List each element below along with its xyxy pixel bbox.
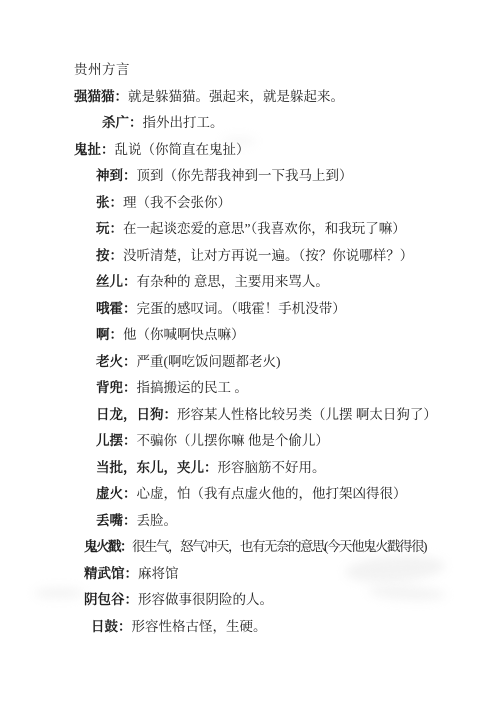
- dialect-entry: 哦霍：完蛋的感叹词。（哦霍！手机没带）: [96, 296, 472, 323]
- dialect-entry: 丢嘴：丢脸。: [96, 508, 472, 535]
- page-title: 贵州方言: [74, 57, 472, 84]
- dialect-term: 虚火：: [96, 486, 137, 501]
- dialect-entry: 鬼火戳：很生气，怒气冲天，也有无奈的意思(今天他鬼火戳得很): [84, 534, 472, 561]
- dialect-entry: 啊：他（你喊啊快点嘛）: [96, 322, 472, 349]
- dialect-definition: 形容做事很阴险的人。: [138, 592, 273, 607]
- dialect-definition: 丢脸。: [137, 513, 178, 528]
- dialect-entry: 虚火：心虚，怕（我有点虚火他的，他打架凶得很）: [96, 481, 472, 508]
- dialect-entry: 张：理（我不会张你）: [96, 190, 472, 217]
- dialect-definition: 麻将馆: [138, 566, 179, 581]
- dialect-definition: 乱说（你简直在鬼扯）: [115, 142, 250, 157]
- dialect-entry: 丝儿：有杂种的 意思，主要用来骂人。: [96, 269, 472, 296]
- dialect-entry: 神到：顶到（你先帮我神到一下我马上到）: [96, 163, 472, 190]
- dialect-entry: 精武馆：麻将馆: [84, 561, 472, 588]
- dialect-term: 鬼火戳：: [84, 539, 132, 554]
- dialect-definition: 完蛋的感叹词。（哦霍！手机没带）: [137, 301, 346, 316]
- dialect-entry: 玩：在一起谈恋爱的意思”（我喜欢你，和我玩了嘛）: [96, 216, 472, 243]
- dialect-term: 杀广：: [102, 115, 143, 130]
- entries-list: 强猫猫：就是躲猫猫。强起来，就是躲起来。 杀广：指外出打工。 鬼扯：乱说（你简直…: [74, 84, 472, 641]
- dialect-definition: 不骗你（儿摆你嘛 他是个偷儿）: [137, 433, 329, 448]
- dialect-term: 老火：: [96, 354, 137, 369]
- dialect-term: 日龙，日狗：: [96, 407, 177, 422]
- dialect-term: 阴包谷：: [84, 592, 138, 607]
- document-page: 贵州方言 强猫猫：就是躲猫猫。强起来，就是躲起来。 杀广：指外出打工。 鬼扯：乱…: [0, 0, 500, 708]
- dialect-entry: 当批，东儿，夹儿：形容脑筋不好用。: [96, 455, 472, 482]
- dialect-definition: 有杂种的 意思，主要用来骂人。: [137, 274, 329, 289]
- dialect-definition: 就是躲猫猫。强起来，就是躲起来。: [128, 89, 344, 104]
- dialect-term: 哦霍：: [96, 301, 137, 316]
- dialect-term: 张：: [96, 195, 123, 210]
- dialect-term: 神到：: [96, 168, 137, 183]
- dialect-term: 鬼扯：: [74, 142, 115, 157]
- dialect-definition: 理（我不会张你）: [123, 195, 231, 210]
- dialect-term: 精武馆：: [84, 566, 138, 581]
- dialect-definition: 顶到（你先帮我神到一下我马上到）: [137, 168, 353, 183]
- dialect-definition: 很生气，怒气冲天，也有无奈的意思(今天他鬼火戳得很): [132, 539, 426, 554]
- dialect-entry: 杀广：指外出打工。: [102, 110, 472, 137]
- dialect-entry: 日鼓：形容性格古怪，生硬。: [91, 614, 472, 641]
- dialect-entry: 按：没听清楚，让对方再说一遍。（按？你说哪样？）: [96, 243, 472, 270]
- dialect-entry: 鬼扯：乱说（你简直在鬼扯）: [74, 137, 472, 164]
- dialect-term: 丢嘴：: [96, 513, 137, 528]
- dialect-definition: 严重(啊吃饭问题都老火): [137, 354, 281, 369]
- dialect-definition: 没听清楚，让对方再说一遍。（按？你说哪样？）: [123, 248, 413, 263]
- dialect-term: 啊：: [96, 327, 123, 342]
- dialect-definition: 形容性格古怪，生硬。: [132, 619, 267, 634]
- dialect-entry: 儿摆：不骗你（儿摆你嘛 他是个偷儿）: [96, 428, 472, 455]
- dialect-term: 儿摆：: [96, 433, 137, 448]
- dialect-term: 玩：: [96, 221, 123, 236]
- dialect-definition: 他（你喊啊快点嘛）: [123, 327, 245, 342]
- dialect-definition: 心虚，怕（我有点虚火他的，他打架凶得很）: [137, 486, 407, 501]
- dialect-term: 强猫猫：: [74, 89, 128, 104]
- dialect-entry: 强猫猫：就是躲猫猫。强起来，就是躲起来。: [74, 84, 472, 111]
- dialect-term: 当批，东儿，夹儿：: [96, 460, 218, 475]
- dialect-definition: 指外出打工。: [143, 115, 224, 130]
- dialect-entry: 阴包谷：形容做事很阴险的人。: [84, 587, 472, 614]
- dialect-term: 背兜：: [96, 380, 137, 395]
- dialect-term: 按：: [96, 248, 123, 263]
- dialect-definition: 形容脑筋不好用。: [218, 460, 326, 475]
- dialect-term: 日鼓：: [91, 619, 132, 634]
- dialect-entry: 背兜：指搞搬运的民工 。: [96, 375, 472, 402]
- dialect-entry: 日龙，日狗：形容某人性格比较另类（儿摆 啊太日狗了）: [96, 402, 472, 429]
- dialect-definition: 形容某人性格比较另类（儿摆 啊太日狗了）: [177, 407, 437, 422]
- dialect-definition: 在一起谈恋爱的意思”（我喜欢你，和我玩了嘛）: [123, 221, 406, 236]
- dialect-definition: 指搞搬运的民工 。: [137, 380, 248, 395]
- dialect-entry: 老火：严重(啊吃饭问题都老火): [96, 349, 472, 376]
- dialect-term: 丝儿：: [96, 274, 137, 289]
